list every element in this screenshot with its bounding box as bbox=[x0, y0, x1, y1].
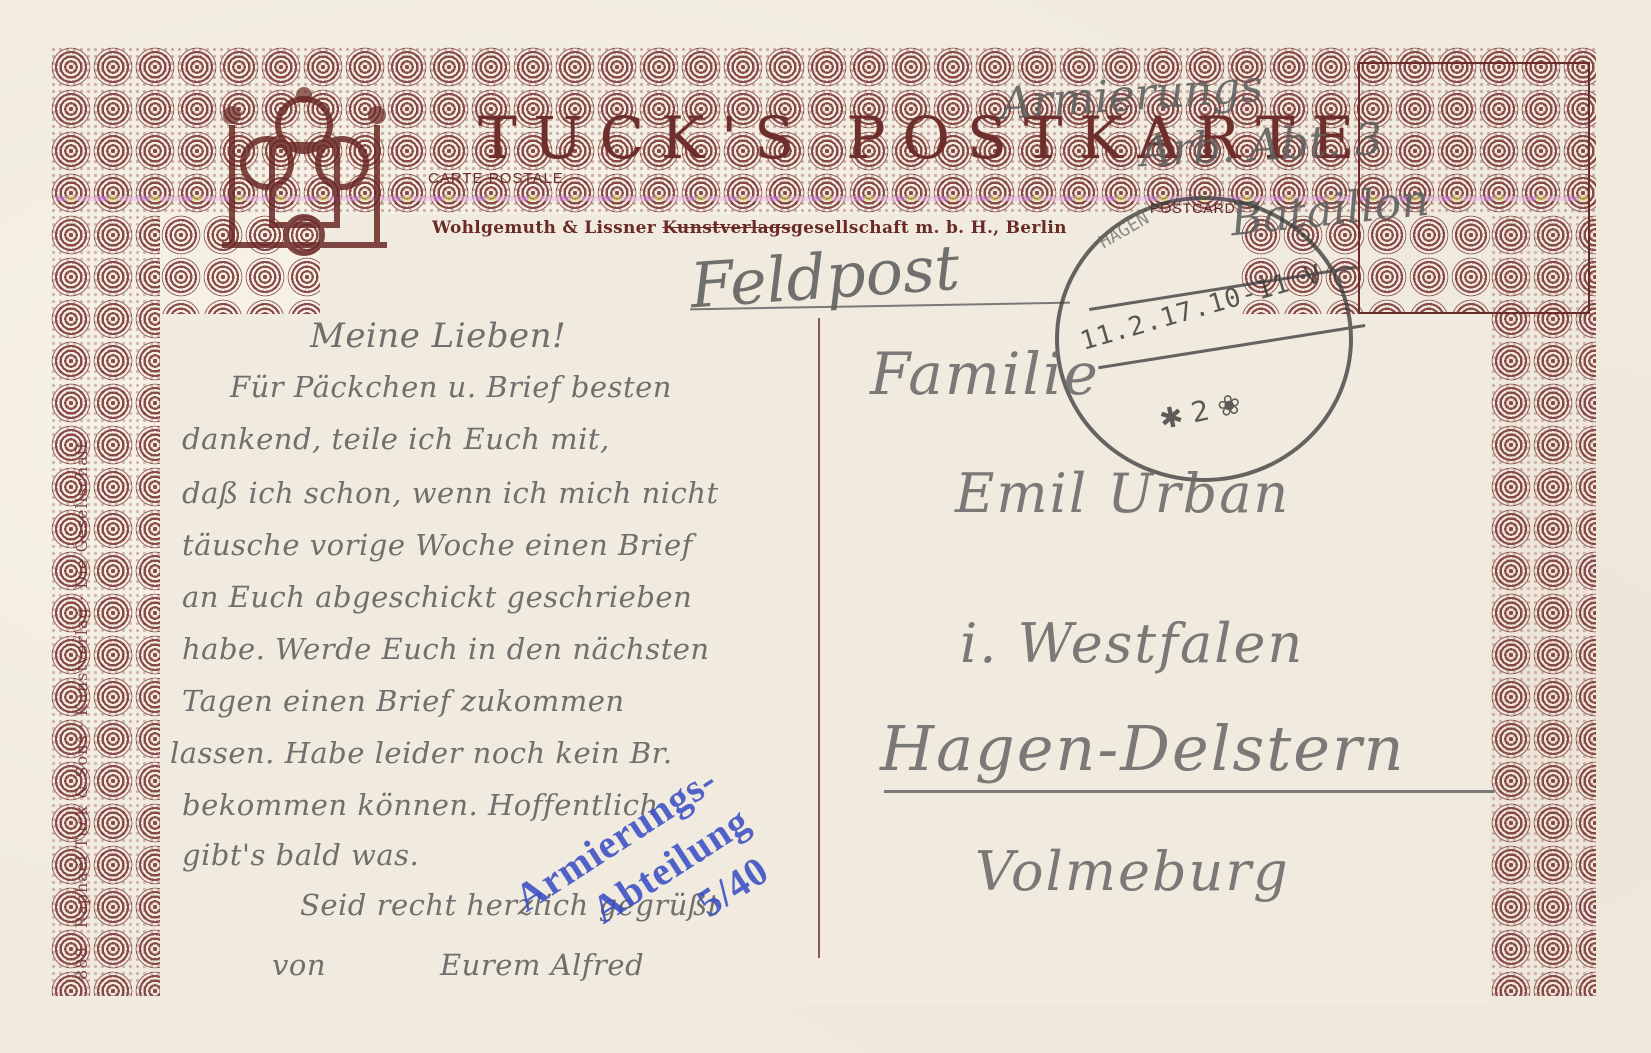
message-line: daß ich schon, wenn ich mich nicht bbox=[182, 476, 719, 510]
side-imprint-text: 888 · Raphael Tuck & Sons · Kunstverlag … bbox=[72, 441, 91, 980]
publisher-struck: Kunstverlags bbox=[662, 218, 791, 238]
message-line: habe. Werde Euch in den nächsten bbox=[182, 632, 710, 666]
carte-postale-label: CARTE POSTALE. bbox=[428, 170, 569, 187]
message-line: gibt's bald was. bbox=[182, 838, 419, 872]
address-line-1: Familie bbox=[870, 340, 1100, 408]
address-line-3: i. Westfalen bbox=[960, 612, 1304, 675]
border-right-dots bbox=[1490, 214, 1596, 996]
message-line: Tagen einen Brief zukommen bbox=[182, 684, 625, 718]
message-line: an Euch abgeschickt geschrieben bbox=[182, 580, 692, 614]
side-imprint: 888 · Raphael Tuck & Sons · Kunstverlag … bbox=[56, 100, 76, 980]
address-line-4: Hagen-Delstern bbox=[880, 712, 1406, 785]
address-underline bbox=[884, 790, 1494, 793]
message-signature-line: von bbox=[272, 948, 326, 982]
address-line-2: Emil Urban bbox=[955, 462, 1290, 525]
postmark-marks: ✱ 2 ❀ bbox=[1156, 387, 1244, 436]
message-line: bekommen können. Hoffentlich bbox=[182, 788, 659, 822]
publisher-line: Wohlgemuth & Lissner Kunstverlagsgesells… bbox=[432, 218, 1067, 238]
message-salutation: Meine Lieben! bbox=[310, 316, 566, 356]
message-line: Für Päckchen u. Brief besten bbox=[230, 370, 672, 404]
message-line: täusche vorige Woche einen Brief bbox=[182, 528, 693, 562]
message-line: lassen. Habe leider noch kein Br. bbox=[170, 736, 673, 770]
publisher-prefix: Wohlgemuth & Lissner bbox=[432, 218, 662, 238]
address-line-5: Volmeburg bbox=[975, 840, 1290, 903]
royal-crest-icon bbox=[212, 85, 397, 260]
postmark: HAGEN 11.2.17.10-11 V ✱ 2 ❀ bbox=[1055, 196, 1353, 482]
address-divider bbox=[818, 318, 820, 958]
message-line: dankend, teile ich Euch mit, bbox=[182, 422, 610, 456]
postcard: TUCK'S POSTKARTE CARTE POSTALE. POSTCARD… bbox=[0, 0, 1651, 1053]
